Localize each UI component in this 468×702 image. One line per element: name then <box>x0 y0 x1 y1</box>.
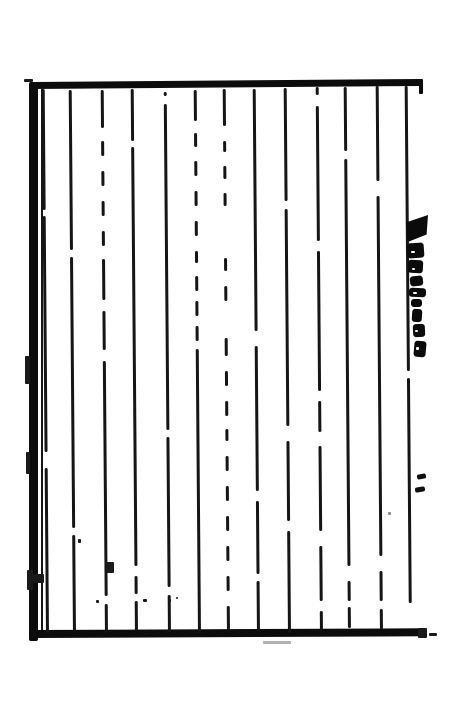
column-line-segment <box>166 437 170 587</box>
column-line-segment <box>226 486 229 501</box>
column-line-segment <box>253 89 258 331</box>
ink-speck <box>78 539 81 543</box>
column-line-segment <box>131 147 137 566</box>
ink-speck <box>416 347 419 350</box>
ink-speck <box>176 597 178 599</box>
ink-speck <box>26 452 30 474</box>
column-line-segment <box>102 311 105 350</box>
ink-speck <box>143 599 147 602</box>
column-line-segment <box>225 429 228 441</box>
column-line-segment <box>285 209 290 426</box>
column-line-segment <box>255 346 259 491</box>
column-line-segment <box>379 571 382 601</box>
ink-speck <box>96 600 99 603</box>
column-line-segment <box>344 159 350 566</box>
column-line-segment <box>135 576 138 594</box>
column-line-segment <box>225 401 228 416</box>
column-line-segment <box>102 231 105 246</box>
ink-speck <box>388 512 391 515</box>
ruled-lines-layer <box>0 0 468 702</box>
column-line-segment <box>70 257 75 528</box>
column-line-segment <box>319 446 323 531</box>
column-line-segment <box>344 87 348 151</box>
column-line-segment <box>316 106 320 241</box>
column-line-segment <box>196 349 201 633</box>
ink-speck <box>263 641 291 644</box>
column-line-segment <box>320 611 323 631</box>
ink-speck <box>168 599 171 602</box>
column-line-segment <box>223 89 226 126</box>
scanned-book-page <box>0 0 468 702</box>
ink-speck <box>415 330 418 332</box>
column-line-segment <box>318 401 321 432</box>
column-line-segment <box>348 581 351 601</box>
column-line-segment <box>131 89 134 141</box>
ink-speck <box>106 562 114 573</box>
column-line-segment <box>319 546 322 601</box>
column-line-segment <box>377 196 383 556</box>
column-line-segment <box>101 90 104 128</box>
column-line-segment <box>316 87 319 95</box>
column-line-segment <box>194 133 197 147</box>
ink-speck <box>33 574 44 583</box>
column-line-segment <box>226 516 229 531</box>
column-line-segment <box>287 531 291 633</box>
column-line-segment <box>101 141 104 156</box>
column-line-segment <box>194 161 197 176</box>
ink-speck <box>429 633 437 636</box>
gutter-ink-fragment <box>408 260 424 274</box>
column-line-segment <box>226 546 229 561</box>
column-line-segment <box>286 441 290 521</box>
column-line-segment <box>348 607 351 628</box>
ink-speck <box>412 268 415 270</box>
column-line-segment <box>380 609 383 629</box>
column-line-segment <box>102 259 105 300</box>
column-line-segment <box>195 191 198 206</box>
column-line-segment <box>72 535 76 632</box>
column-line-segment <box>164 92 167 96</box>
gutter-ink-fragment <box>409 288 426 298</box>
column-line-segment <box>105 604 108 633</box>
column-line-segment <box>164 104 170 430</box>
ink-speck <box>25 356 30 384</box>
column-line-segment <box>226 456 229 471</box>
column-line-segment <box>223 141 226 152</box>
ink-speck <box>418 628 427 638</box>
column-line-segment <box>196 326 199 341</box>
column-line-segment <box>103 361 108 596</box>
column-line-segment <box>69 90 73 250</box>
column-line-segment <box>227 606 230 630</box>
column-line-segment <box>195 251 198 263</box>
gutter-ink-fragment <box>406 242 424 258</box>
column-line-segment <box>101 171 104 186</box>
column-line-segment <box>43 216 48 452</box>
column-line-segment <box>194 90 197 121</box>
ink-speck <box>411 251 415 253</box>
column-line-segment <box>224 258 227 271</box>
column-line-segment <box>317 251 321 391</box>
column-line-segment <box>284 88 288 201</box>
column-line-segment <box>407 378 412 603</box>
column-line-segment <box>195 301 198 316</box>
column-line-segment <box>45 468 49 633</box>
column-line-segment <box>256 501 260 574</box>
column-line-segment <box>376 86 380 181</box>
column-line-segment <box>225 338 228 356</box>
column-line-segment <box>227 576 230 591</box>
column-line-segment <box>195 276 198 291</box>
gutter-ink-fragment <box>410 275 424 286</box>
column-line-segment <box>42 89 46 210</box>
gutter-ink-fragment <box>412 309 423 323</box>
column-line-segment <box>225 371 228 386</box>
column-line-segment <box>224 286 227 301</box>
column-line-segment <box>195 221 198 236</box>
column-line-segment <box>257 581 260 632</box>
column-line-segment <box>102 201 105 216</box>
column-line-segment <box>223 166 226 179</box>
ink-speck <box>24 79 33 82</box>
gutter-ink-fragment <box>411 299 422 307</box>
column-line-segment <box>224 193 227 206</box>
column-line-segment <box>135 601 138 631</box>
ink-speck <box>413 292 417 294</box>
